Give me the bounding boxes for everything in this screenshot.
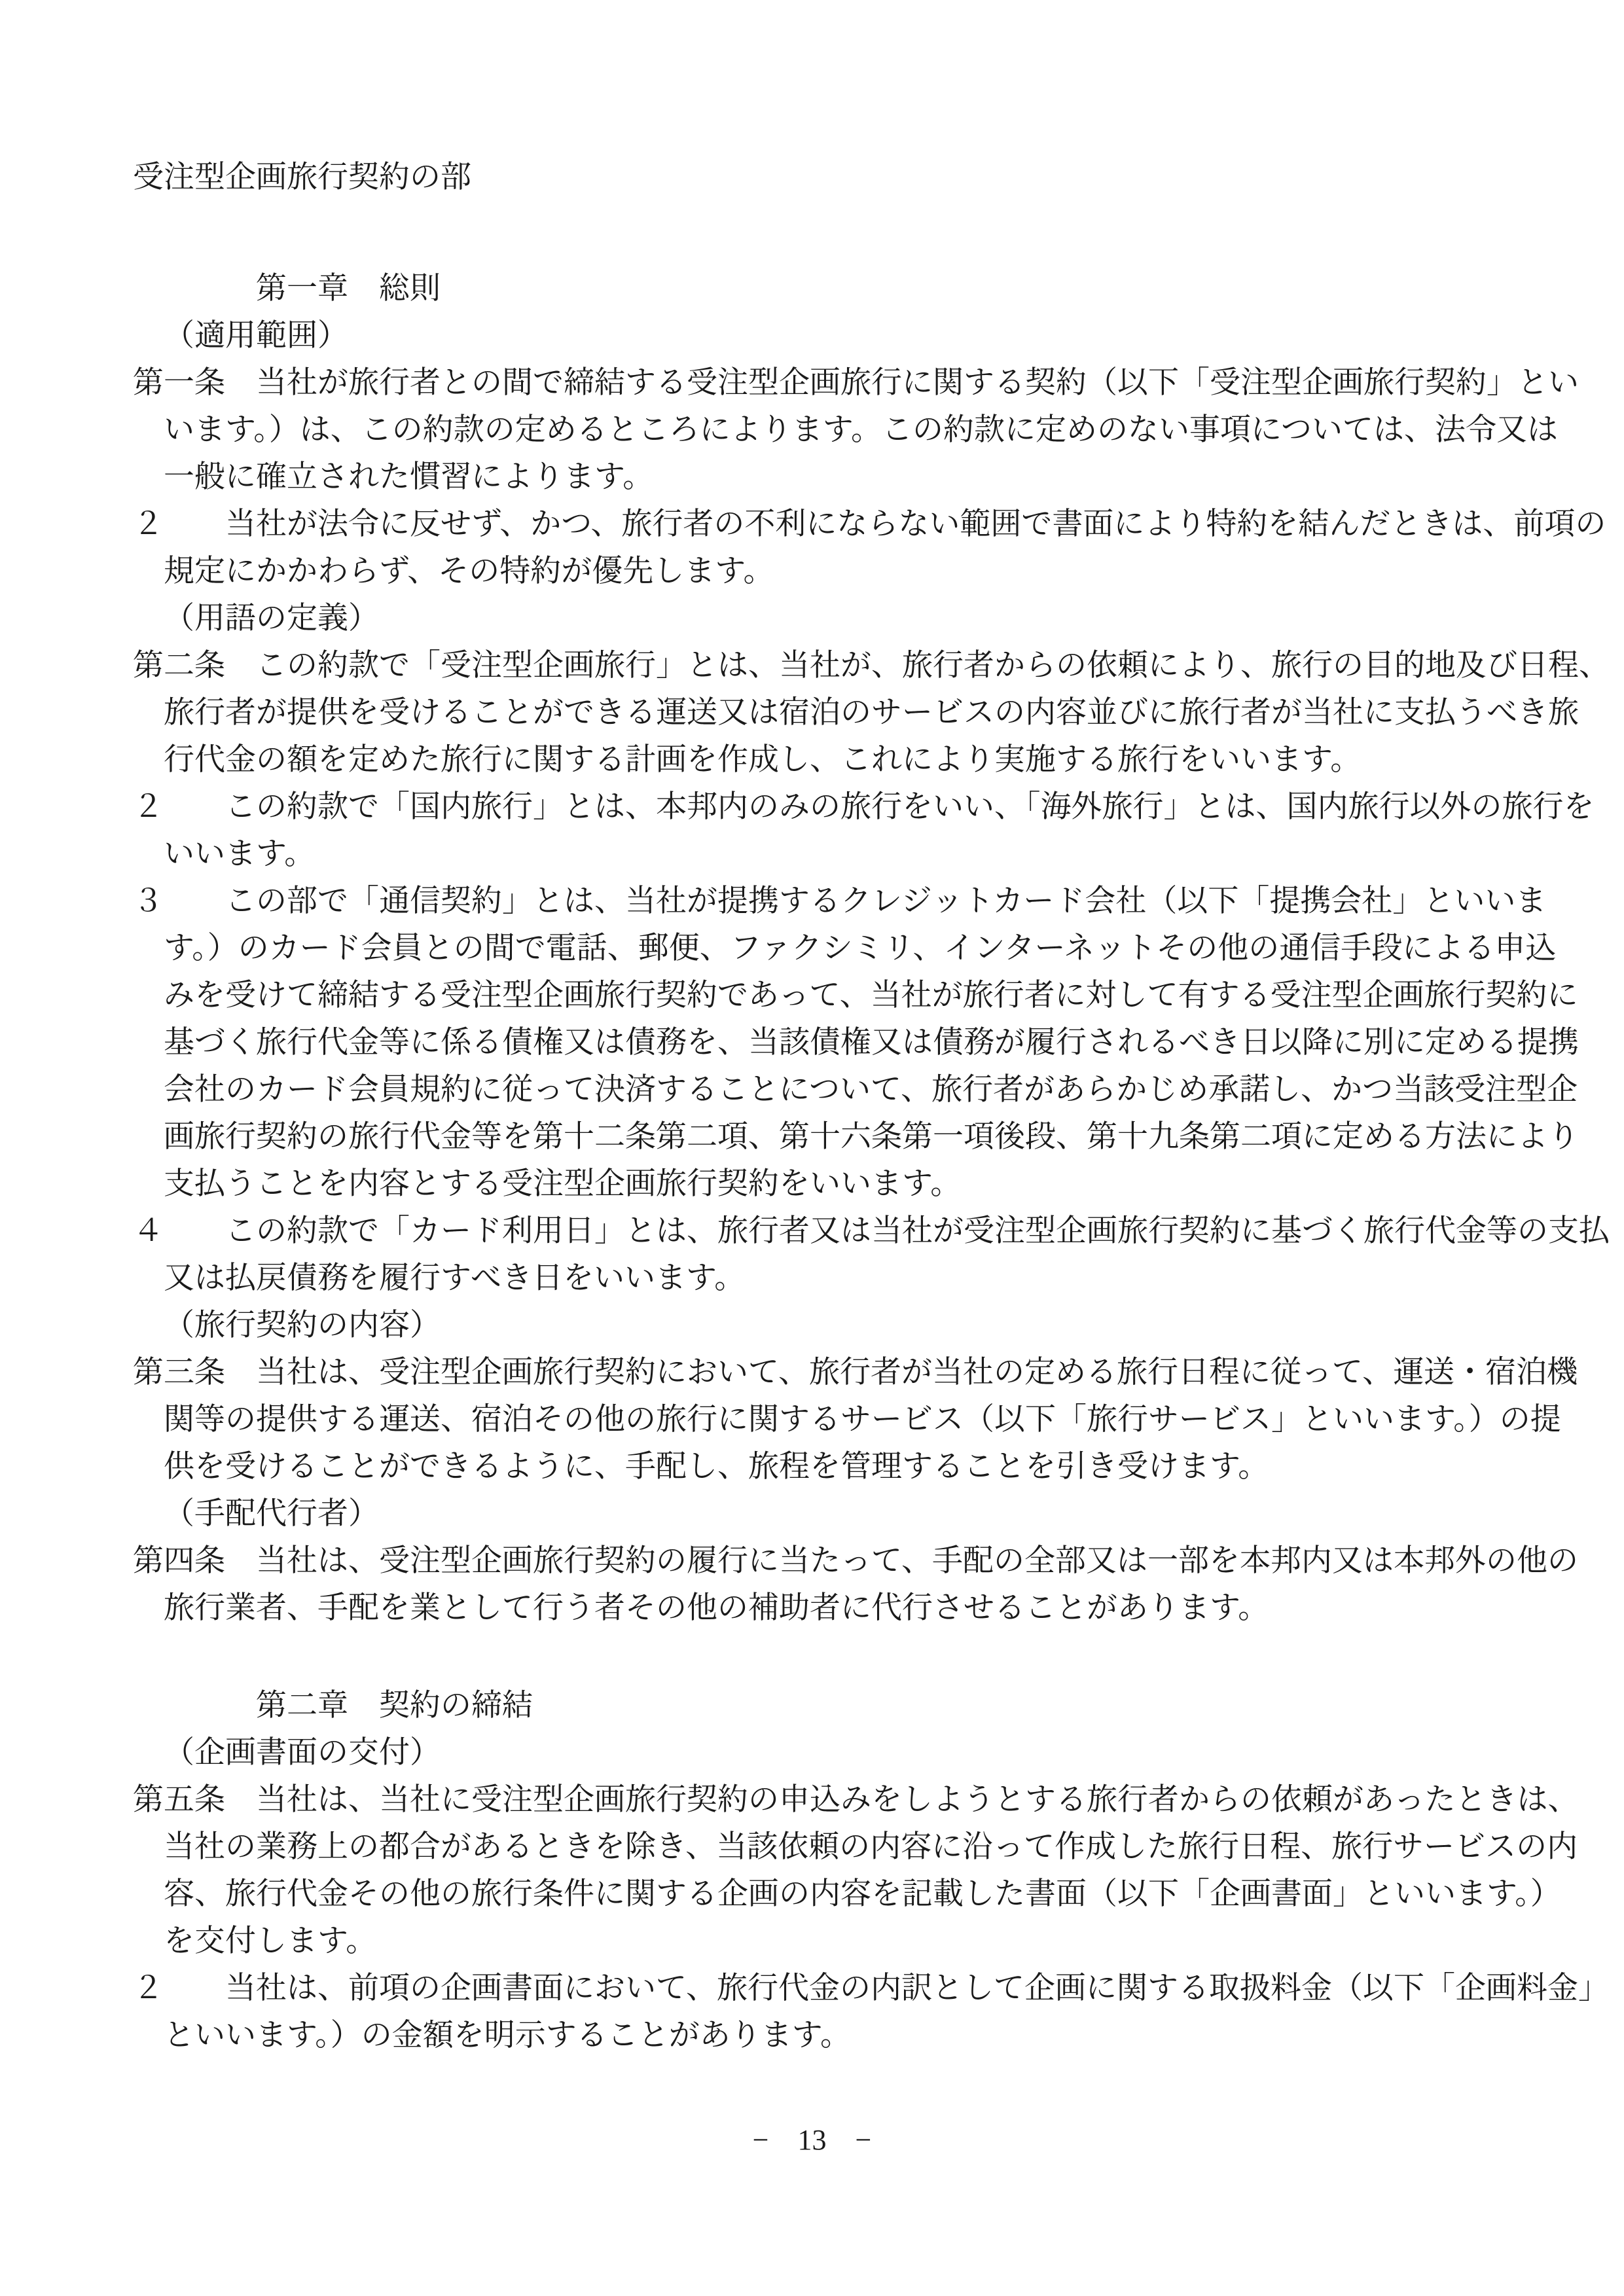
chapter-heading: 第一章 総則 xyxy=(256,265,1565,312)
text-line: 旅行者が提供を受けることができる運送又は宿泊のサービスの内容並びに旅行者が当社に… xyxy=(164,689,1565,736)
text-line: を交付します。 xyxy=(164,1918,1565,1965)
text-line: 基づく旅行代金等に係る債権又は債務を、当該債権又は債務が履行されるべき日以降に別… xyxy=(164,1019,1565,1066)
text-line: 会社のカード会員規約に従って決済することについて、旅行者があらかじめ承諾し、かつ… xyxy=(164,1066,1565,1113)
article-label: （適用範囲） xyxy=(164,312,1565,359)
text-line: 第五条 当社は、当社に受注型企画旅行契約の申込みをしようとする旅行者からの依頼が… xyxy=(133,1776,1565,1823)
document-body: 第一章 総則（適用範囲）第一条 当社が旅行者との間で締結する受注型企画旅行に関す… xyxy=(133,265,1565,2059)
text-line: 容、旅行代金その他の旅行条件に関する企画の内容を記載した書面（以下「企画書面」と… xyxy=(164,1871,1565,1918)
text-line: 一般に確立された慣習によります。 xyxy=(164,454,1565,501)
text-line: いいます。 xyxy=(164,831,1565,878)
document-title: 受注型企画旅行契約の部 xyxy=(133,154,1565,201)
page-number: − 13 − xyxy=(0,2117,1624,2164)
article-label: （企画書面の交付） xyxy=(164,1729,1565,1776)
text-line: みを受けて締結する受注型企画旅行契約であって、当社が旅行者に対して有する受注型企… xyxy=(164,972,1565,1019)
text-line: 又は払戻債務を履行すべき日をいいます。 xyxy=(164,1255,1565,1302)
text-line: といいます。）の金額を明示することがあります。 xyxy=(164,2012,1565,2059)
text-line: 規定にかかわらず、その特約が優先します。 xyxy=(164,548,1565,595)
text-line: ２ 当社は、前項の企画書面において、旅行代金の内訳として企画に関する取扱料金（以… xyxy=(133,1965,1565,2012)
text-line: 供を受けることができるように、手配し、旅程を管理することを引き受けます。 xyxy=(164,1443,1565,1490)
text-line: ４ この約款で「カード利用日」とは、旅行者又は当社が受注型企画旅行契約に基づく旅… xyxy=(133,1208,1565,1255)
text-line: 第一条 当社が旅行者との間で締結する受注型企画旅行に関する契約（以下「受注型企画… xyxy=(133,359,1565,406)
document-page: 受注型企画旅行契約の部 第一章 総則（適用範囲）第一条 当社が旅行者との間で締結… xyxy=(0,0,1624,2296)
article-label: （旅行契約の内容） xyxy=(164,1302,1565,1349)
text-line: 当社の業務上の都合があるときを除き、当該依頼の内容に沿って作成した旅行日程、旅行… xyxy=(164,1823,1565,1871)
text-line: ３ この部で「通信契約」とは、当社が提携するクレジットカード会社（以下「提携会社… xyxy=(133,878,1565,925)
text-line: 支払うことを内容とする受注型企画旅行契約をいいます。 xyxy=(164,1160,1565,1208)
text-line: 第四条 当社は、受注型企画旅行契約の履行に当たって、手配の全部又は一部を本邦内又… xyxy=(133,1537,1565,1585)
text-line: 画旅行契約の旅行代金等を第十二条第二項、第十六条第一項後段、第十九条第二項に定め… xyxy=(164,1113,1565,1160)
text-line: ２ この約款で「国内旅行」とは、本邦内のみの旅行をいい、「海外旅行」とは、国内旅… xyxy=(133,783,1565,831)
text-line: ２ 当社が法令に反せず、かつ、旅行者の不利にならない範囲で書面により特約を結んだ… xyxy=(133,501,1565,548)
text-line: 旅行業者、手配を業として行う者その他の補助者に代行させることがあります。 xyxy=(164,1585,1565,1632)
text-line: 第二条 この約款で「受注型企画旅行」とは、当社が、旅行者からの依頼により、旅行の… xyxy=(133,642,1565,689)
article-label: （用語の定義） xyxy=(164,595,1565,642)
text-line: 行代金の額を定めた旅行に関する計画を作成し、これにより実施する旅行をいいます。 xyxy=(164,736,1565,783)
text-line: 関等の提供する運送、宿泊その他の旅行に関するサービス（以下「旅行サービス」といい… xyxy=(164,1396,1565,1443)
text-line: います。）は、この約款の定めるところによります。この約款に定めのない事項について… xyxy=(164,406,1565,454)
text-line: す。）のカード会員との間で電話、郵便、ファクシミリ、インターネットその他の通信手… xyxy=(164,925,1565,972)
text-line: 第三条 当社は、受注型企画旅行契約において、旅行者が当社の定める旅行日程に従って… xyxy=(133,1349,1565,1396)
article-label: （手配代行者） xyxy=(164,1490,1565,1537)
chapter-heading: 第二章 契約の締結 xyxy=(256,1682,1565,1729)
